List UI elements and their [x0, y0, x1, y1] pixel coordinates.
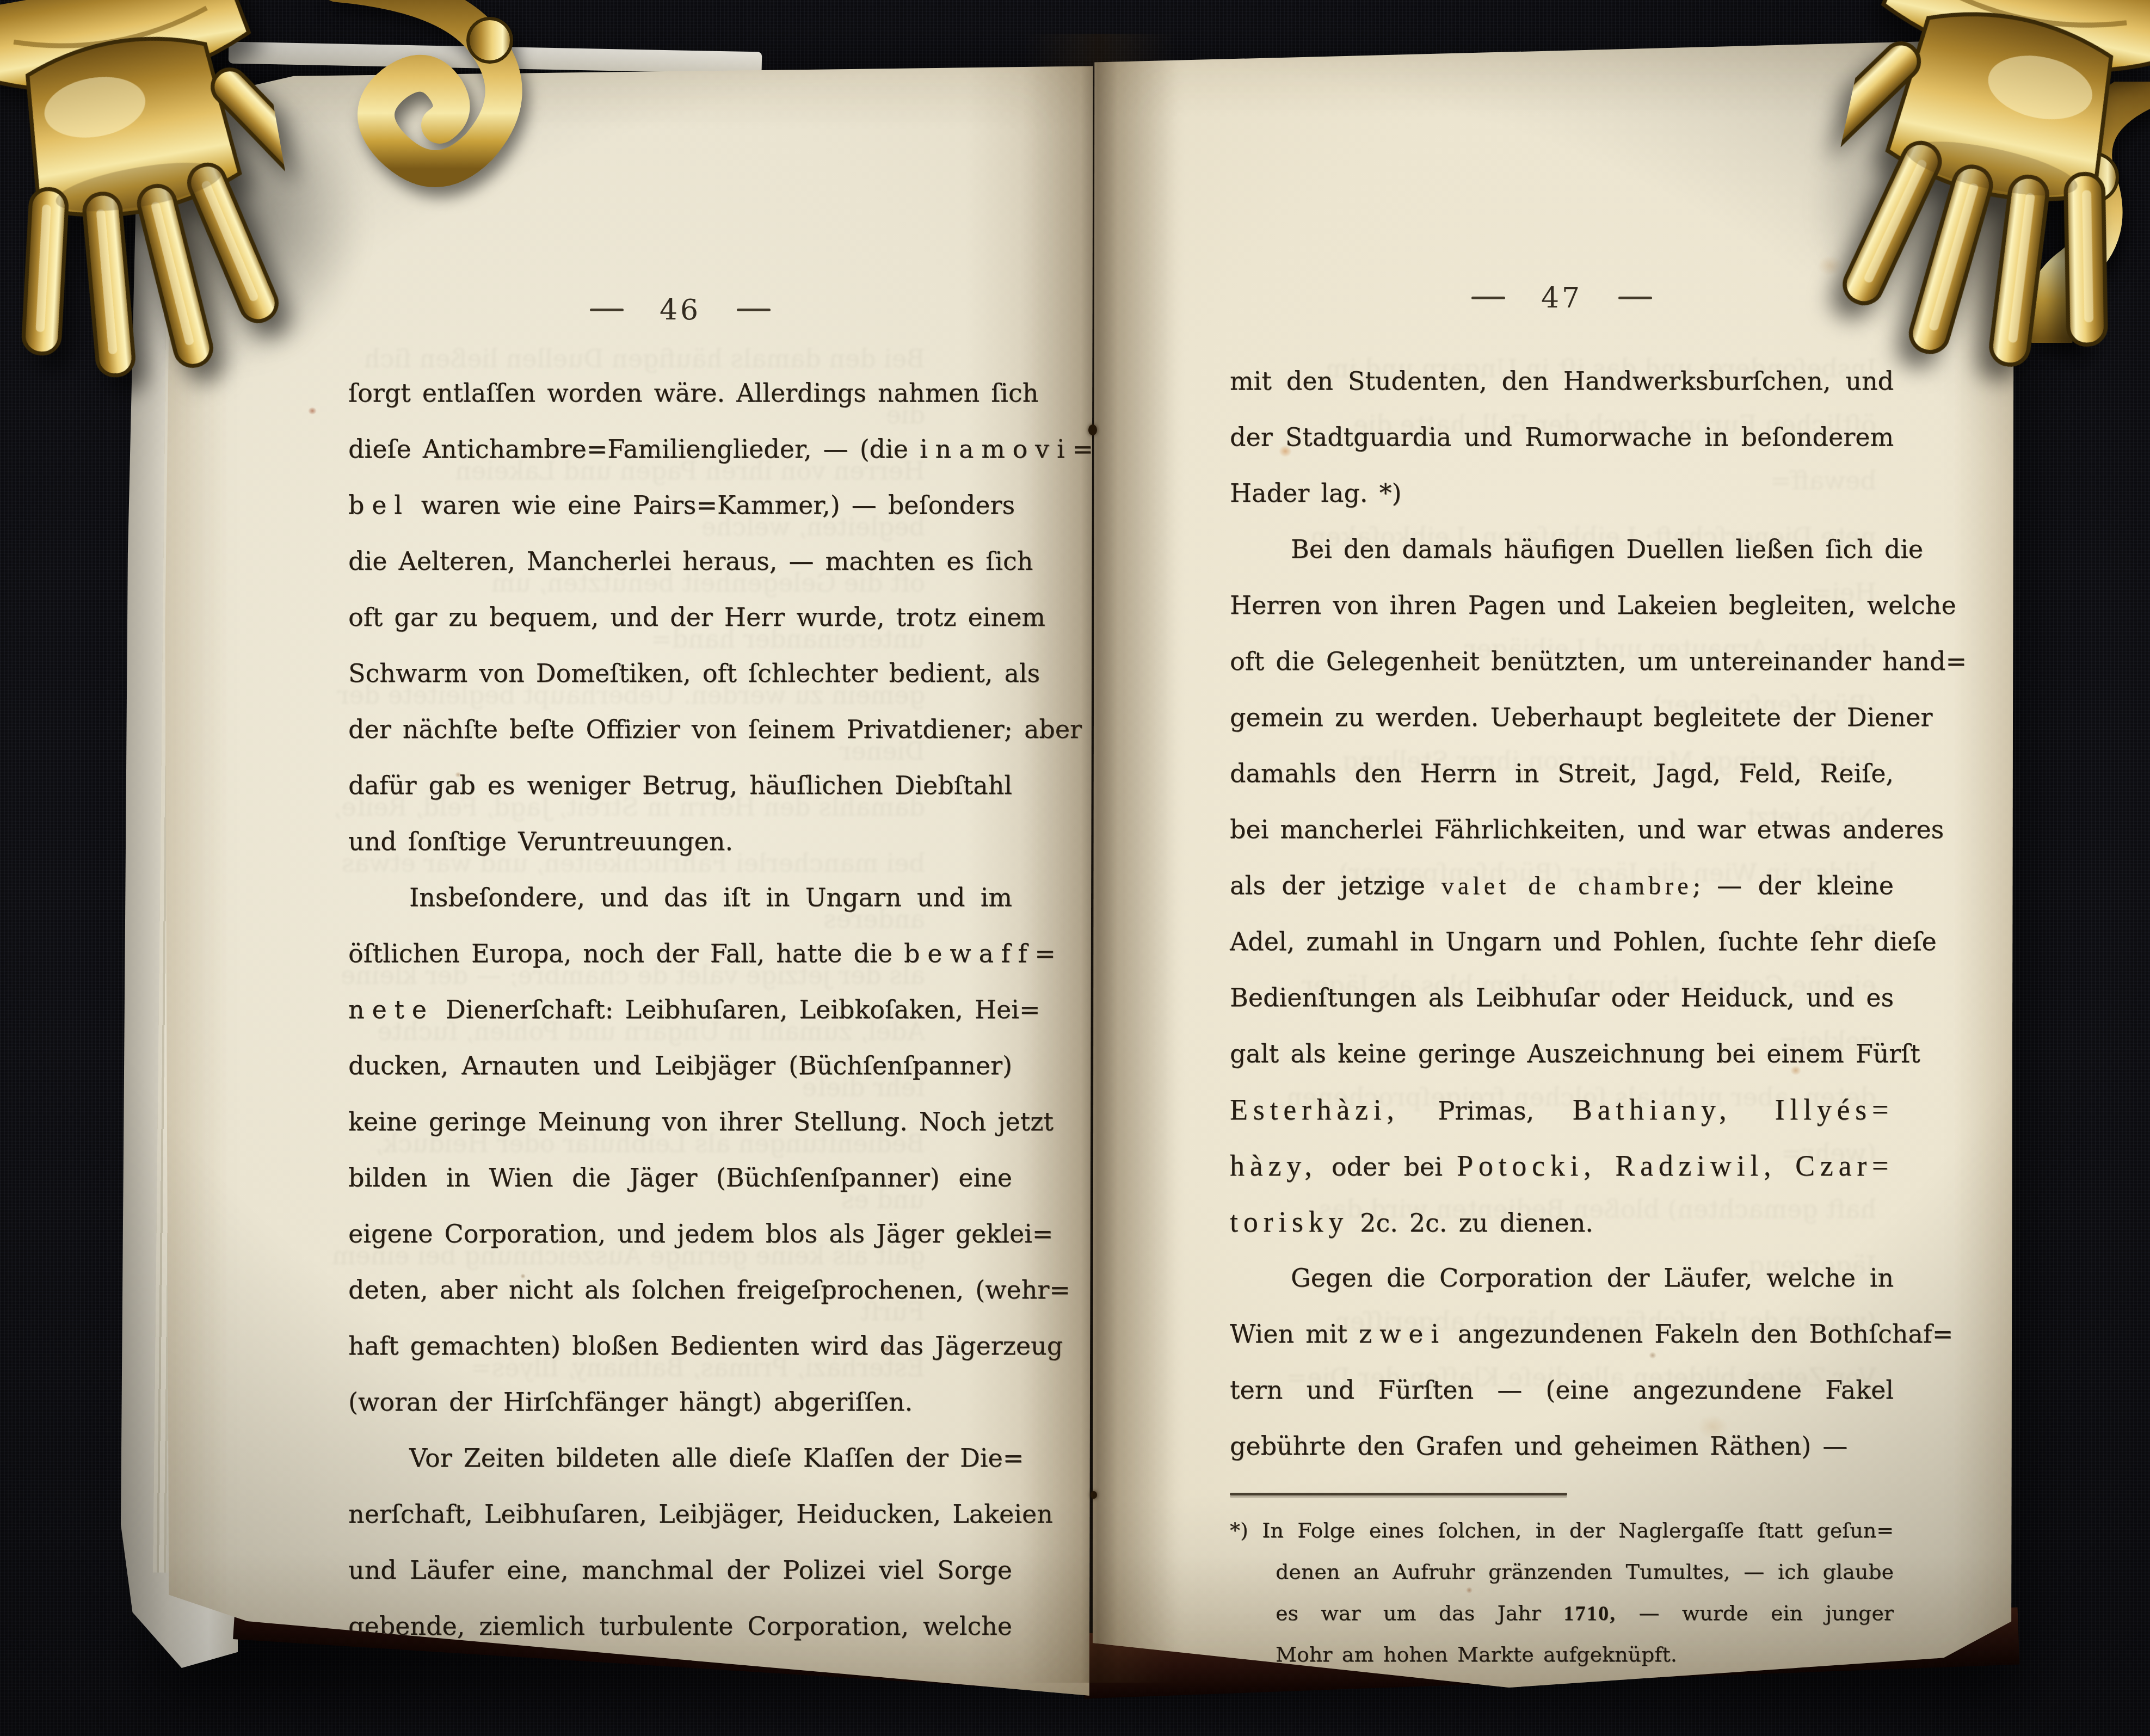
text-line: dafür gab es weniger Betrug, häuſlichen … [348, 758, 1012, 814]
binding-stitch-hole [1088, 424, 1097, 435]
text-segment: Bathiany, Illyés= [1573, 1093, 1894, 1126]
text-segment: damahls den Herrn in Streit, Jagd, Feld,… [1230, 759, 1894, 788]
text-segment: *) In Folge eines ſolchen, in der Nagler… [1230, 1518, 1894, 1542]
text-segment: mit den Studenten, den Handwerksburſchen… [1230, 366, 1894, 396]
text-segment: gebührte den Grafen und geheimen Räthen)… [1230, 1431, 1847, 1461]
page-number-right: 47 [1230, 270, 1894, 326]
text-segment: oft die Gelegenheit benützten, um untere… [1230, 647, 1967, 676]
text-segment: tern und Fürſten — (eine angezundene Fak… [1230, 1375, 1894, 1405]
text-segment: eigene Corporation, und jedem blos als J… [348, 1219, 1053, 1248]
page-number-value: 47 [1541, 282, 1582, 315]
page-number-value: 46 [660, 294, 701, 327]
text-line: torisky 2c. 2c. zu dienen. [1230, 1194, 1894, 1250]
text-segment: Gegen die Corporation der Läufer, welche… [1291, 1263, 1894, 1292]
text-line: ducken, Arnauten und Leibjäger (Büchſenſ… [348, 1038, 1012, 1094]
text-segment: 2c. 2c. zu dienen. [1348, 1208, 1593, 1238]
text-segment: galt als keine geringe Auszeichnung bei … [1230, 1039, 1920, 1068]
text-segment: der Stadtguardia und Rumorwache in beſon… [1230, 422, 1894, 452]
text-segment: — wurde ein junger [1616, 1601, 1894, 1625]
text-line: haft gemachten) bloßen Bedienten wird da… [348, 1318, 1012, 1374]
text-line: deten, aber nicht als ſolchen freigeſpro… [348, 1262, 1012, 1318]
text-line: Bedienſtungen als Leibhuſar oder Heiduck… [1230, 970, 1894, 1026]
text-line: Bei den damals häufigen Duellen ließen ſ… [1230, 521, 1894, 577]
text-segment: Dienerſchaft: Leibhuſaren, Leibkoſaken, … [434, 995, 1040, 1024]
text-line: Gegen die Corporation der Läufer, welche… [1230, 1250, 1894, 1306]
text-segment: ; — der kleine [1692, 871, 1894, 900]
text-line: Vor Zeiten bildeten alle dieſe Klaſſen d… [348, 1430, 1012, 1486]
text-segment: Potocki, Radziwil, Czar= [1457, 1149, 1894, 1182]
text-line: galt als keine geringe Auszeichnung bei … [1230, 1026, 1894, 1082]
brass-clip-scroll-left [326, 0, 566, 212]
text-segment: als der jetzige [1230, 871, 1441, 900]
text-segment: haft gemachten) bloßen Bedienten wird da… [348, 1331, 1063, 1361]
text-segment: gemein zu werden. Ueberhaupt begleitete … [1230, 703, 1932, 732]
text-line: (woran der Hirſchfänger hängt) abgeriſſe… [348, 1374, 1012, 1430]
page-number-rule-icon [1471, 297, 1505, 299]
text-segment: Bedienſtungen als Leibhuſar oder Heiduck… [1230, 983, 1894, 1012]
text-segment: deten, aber nicht als ſolchen freigeſpro… [348, 1275, 1070, 1304]
text-segment: nete [348, 995, 434, 1024]
text-line: gebührte den Grafen und geheimen Räthen)… [1230, 1418, 1894, 1474]
text-line: keine geringe Meinung von ihrer Stellung… [348, 1094, 1012, 1150]
text-line: die Aelteren, Mancherlei heraus, — macht… [348, 533, 1012, 589]
text-segment: denen an Aufruhr gränzenden Tumultes, — … [1276, 1560, 1894, 1584]
text-segment: oft gar zu bequem, und der Herr wurde, t… [348, 602, 1045, 632]
text-line: öſtlichen Europa, noch der Fall, hatte d… [348, 926, 1012, 982]
text-segment: dieſe Antichambre=Familienglieder, — (di… [348, 434, 920, 464]
text-line: Schwarm von Domeſtiken, oft ſchlechter b… [348, 645, 1012, 701]
text-line: Herren von ihren Pagen und Lakeien begle… [1230, 577, 1894, 633]
text-segment: Hader lag. *) [1230, 478, 1401, 508]
text-line: ſorgt entlaſſen worden wäre. Allerdings … [348, 365, 1012, 421]
text-line: oft die Gelegenheit benützten, um untere… [1230, 633, 1894, 690]
text-segment: oder bei [1317, 1152, 1457, 1181]
text-line: damahls den Herrn in Streit, Jagd, Feld,… [1230, 746, 1894, 802]
text-segment: Esterhàzi, [1230, 1093, 1400, 1126]
text-line: gemein zu werden. Ueberhaupt begleitete … [1230, 690, 1894, 746]
text-segment: (woran der Hirſchfänger hängt) abgeriſſe… [348, 1387, 913, 1417]
page-number-left: 46 [348, 282, 1012, 338]
text-segment: und Läufer eine, manchmal der Polizei vi… [348, 1555, 1012, 1585]
body-text-right: mit den Studenten, den Handwerksburſchen… [1230, 353, 1894, 1474]
text-line: mit den Studenten, den Handwerksburſchen… [1230, 353, 1894, 409]
text-line: bei mancherlei Fährlichkeiten, und war e… [1230, 802, 1894, 858]
text-line: nerſchaft, Leibhuſaren, Leibjäger, Heidu… [348, 1486, 1012, 1542]
page-number-rule-icon [1618, 297, 1652, 299]
text-line: und ſonſtige Veruntreuungen. [348, 814, 1012, 870]
body-text-left: ſorgt entlaſſen worden wäre. Allerdings … [348, 365, 1012, 1654]
footnote-text: *) In Folge eines ſolchen, in der Nagler… [1230, 1510, 1894, 1675]
text-line: bilden in Wien die Jäger (Büchſenſpanner… [348, 1150, 1012, 1206]
text-segment: es war um das Jahr [1276, 1601, 1563, 1625]
text-segment: 1710, [1563, 1602, 1616, 1625]
footnote-rule [1230, 1493, 1567, 1495]
binding-stitch-hole [1091, 1491, 1097, 1499]
page-number-rule-icon [737, 309, 771, 311]
text-segment: waren wie eine Pairs=Kammer,) — beſonder… [410, 490, 1015, 520]
text-segment: dafür gab es weniger Betrug, häuſlichen … [348, 771, 1012, 800]
text-line: und Läufer eine, manchmal der Polizei vi… [348, 1542, 1012, 1598]
text-line: bel waren wie eine Pairs=Kammer,) — beſo… [348, 477, 1012, 533]
text-line: als der jetzige valet de chambre; — der … [1230, 858, 1894, 914]
text-segment: Primas, [1400, 1096, 1573, 1125]
text-line: *) In Folge eines ſolchen, in der Nagler… [1230, 1510, 1894, 1551]
text-segment: Bei den damals häufigen Duellen ließen ſ… [1291, 534, 1923, 564]
text-line: oft gar zu bequem, und der Herr wurde, t… [348, 589, 1012, 645]
text-line: dieſe Antichambre=Familienglieder, — (di… [348, 421, 1012, 477]
text-segment: Insbeſondere, und das iſt in Ungarn und … [409, 883, 1012, 912]
text-segment: Adel, zumahl in Ungarn und Pohlen, ſucht… [1230, 927, 1937, 956]
text-segment: Vor Zeiten bildeten alle dieſe Klaſſen d… [409, 1443, 1024, 1473]
text-line: Adel, zumahl in Ungarn und Pohlen, ſucht… [1230, 914, 1894, 970]
text-line: nete Dienerſchaft: Leibhuſaren, Leibkoſa… [348, 982, 1012, 1038]
text-segment: torisky [1230, 1205, 1348, 1238]
text-line: es war um das Jahr 1710, — wurde ein jun… [1230, 1592, 1894, 1634]
text-segment: inamovi= [920, 434, 1101, 464]
text-segment: der nächſte beſte Offizier von ſeinem Pr… [348, 715, 1082, 744]
text-segment: bei mancherlei Fährlichkeiten, und war e… [1230, 815, 1944, 844]
text-segment: hàzy, [1230, 1149, 1317, 1182]
text-line: der Stadtguardia und Rumorwache in beſon… [1230, 409, 1894, 465]
text-segment: bewaff= [904, 939, 1063, 968]
text-segment: gebende, ziemlich turbulente Corporation… [348, 1611, 1012, 1641]
text-line: Wien mit zwei angezundenen Fakeln den Bo… [1230, 1306, 1894, 1362]
text-segment: und ſonſtige Veruntreuungen. [348, 827, 733, 856]
text-segment: ſorgt entlaſſen worden wäre. Allerdings … [348, 378, 1038, 408]
text-line: eigene Corporation, und jedem blos als J… [348, 1206, 1012, 1262]
text-segment: nerſchaft, Leibhuſaren, Leibjäger, Heidu… [348, 1499, 1053, 1529]
text-line: denen an Aufruhr gränzenden Tumultes, — … [1230, 1551, 1894, 1592]
book-photograph-stage: Bei den damals häufigen Duellen ließen ſ… [0, 0, 2150, 1736]
text-column-left: 46 ſorgt entlaſſen worden wäre. Allerdin… [348, 282, 1012, 1654]
text-segment: Herren von ihren Pagen und Lakeien begle… [1230, 590, 1956, 620]
text-segment: Wien mit [1230, 1319, 1359, 1349]
text-segment: valet de chambre [1441, 872, 1692, 900]
text-line: Insbeſondere, und das iſt in Ungarn und … [348, 870, 1012, 926]
text-segment: die Aelteren, Mancherlei heraus, — macht… [348, 546, 1033, 576]
text-segment: öſtlichen Europa, noch der Fall, hatte d… [348, 939, 904, 968]
text-line: hàzy, oder bei Potocki, Radziwil, Czar= [1230, 1138, 1894, 1194]
text-segment: zwei [1359, 1319, 1446, 1349]
text-segment: Mohr am hohen Markte aufgeknüpft. [1276, 1642, 1677, 1666]
text-line: Esterhàzi, Primas, Bathiany, Illyés= [1230, 1082, 1894, 1138]
text-line: Hader lag. *) [1230, 465, 1894, 521]
text-segment: angezundenen Fakeln den Bothſchaf= [1446, 1319, 1954, 1349]
text-line: der nächſte beſte Offizier von ſeinem Pr… [348, 701, 1012, 758]
text-segment: bel [348, 490, 410, 520]
text-line: tern und Fürſten — (eine angezundene Fak… [1230, 1362, 1894, 1418]
text-column-right: 47 mit den Studenten, den Handwerksburſc… [1230, 270, 1894, 1675]
text-segment: bilden in Wien die Jäger (Büchſenſpanner… [348, 1163, 1012, 1192]
page-number-rule-icon [590, 309, 624, 311]
text-segment: Schwarm von Domeſtiken, oft ſchlechter b… [348, 658, 1040, 688]
text-segment: keine geringe Meinung von ihrer Stellung… [348, 1107, 1054, 1136]
text-segment: ducken, Arnauten und Leibjäger (Büchſenſ… [348, 1051, 1012, 1080]
